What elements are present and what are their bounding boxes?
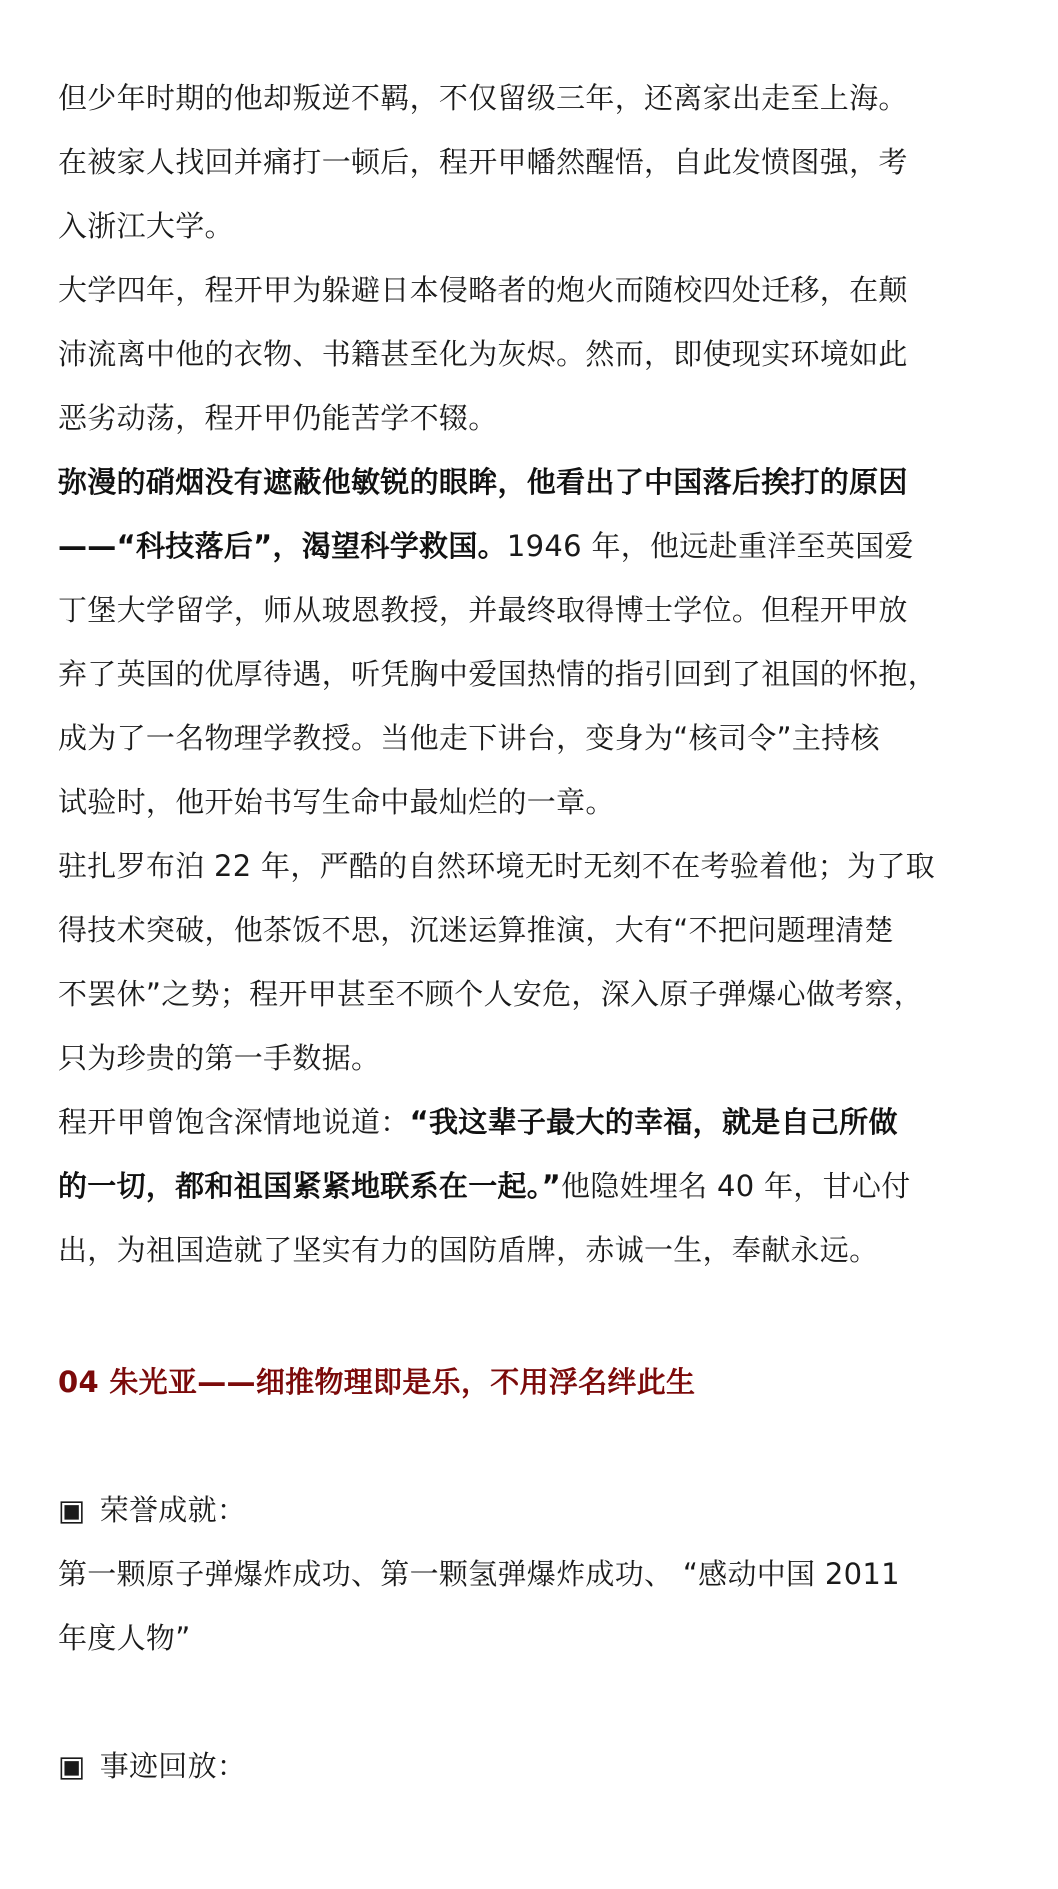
paragraph-line: 的一切，都和祖国紧紧地联系在一起。”他隐姓埋名 40 年，甘心付 xyxy=(58,1166,911,1206)
body-text: 试验时，他开始书写生命中最灿烂的一章。 xyxy=(58,785,615,819)
body-text: 出，为祖国造就了坚实有力的国防盾牌，赤诚一生，奉献永远。 xyxy=(58,1233,878,1267)
paragraph-line: 试验时，他开始书写生命中最灿烂的一章。 xyxy=(58,782,615,822)
body-text: 只为珍贵的第一手数据。 xyxy=(58,1041,380,1075)
body-text: 1946 年，他远赴重洋至英国爱 xyxy=(507,529,914,563)
paragraph-line: 大学四年，程开甲为躲避日本侵略者的炮火而随校四处迁移，在颠 xyxy=(58,270,908,310)
deeds-label-row: ▣事迹回放： xyxy=(58,1746,246,1786)
body-text: 他隐姓埋名 40 年，甘心付 xyxy=(561,1169,911,1203)
paragraph-line: 但少年时期的他却叛逆不羁，不仅留级三年，还离家出走至上海。 xyxy=(58,78,908,118)
bold-text: 弥漫的硝烟没有遮蔽他敏锐的眼眸，他看出了中国落后挨打的原因 xyxy=(58,465,908,499)
body-text: 入浙江大学。 xyxy=(58,209,234,243)
body-text: 程开甲曾饱含深情地说道： xyxy=(58,1105,410,1139)
paragraph-line: 丁堡大学留学，师从玻恩教授，并最终取得博士学位。但程开甲放 xyxy=(58,590,908,630)
honors-line: 年度人物” xyxy=(58,1618,191,1658)
square-bullet-icon: ▣ xyxy=(58,1490,86,1530)
paragraph-line: 驻扎罗布泊 22 年，严酷的自然环境无时无刻不在考验着他；为了取 xyxy=(58,846,935,886)
paragraph-line: 得技术突破，他茶饭不思，沉迷运算推演，大有“不把问题理清楚 xyxy=(58,910,894,950)
body-text: 成为了一名物理学教授。当他走下讲台，变身为“核司令”主持核 xyxy=(58,721,880,755)
paragraph-line: 成为了一名物理学教授。当他走下讲台，变身为“核司令”主持核 xyxy=(58,718,880,758)
body-text: 驻扎罗布泊 22 年，严酷的自然环境无时无刻不在考验着他；为了取 xyxy=(58,849,935,883)
section-heading: 04 朱光亚——细推物理即是乐，不用浮名绊此生 xyxy=(58,1362,695,1402)
paragraph-line: 弃了英国的优厚待遇，听凭胸中爱国热情的指引回到了祖国的怀抱， xyxy=(58,654,937,694)
bold-text: ——“科技落后”，渴望科学救国。 xyxy=(58,529,507,563)
paragraph-line: 在被家人找回并痛打一顿后，程开甲幡然醒悟，自此发愤图强，考 xyxy=(58,142,908,182)
paragraph-line: 只为珍贵的第一手数据。 xyxy=(58,1038,380,1078)
square-bullet-icon: ▣ xyxy=(58,1746,86,1786)
body-text: 恶劣动荡，程开甲仍能苦学不辍。 xyxy=(58,401,498,435)
paragraph-line: 出，为祖国造就了坚实有力的国防盾牌，赤诚一生，奉献永远。 xyxy=(58,1230,878,1270)
paragraph-line: 不罢休”之势；程开甲甚至不顾个人安危，深入原子弹爆心做考察， xyxy=(58,974,923,1014)
body-text: 但少年时期的他却叛逆不羁，不仅留级三年，还离家出走至上海。 xyxy=(58,81,908,115)
body-text: 不罢休”之势；程开甲甚至不顾个人安危，深入原子弹爆心做考察， xyxy=(58,977,923,1011)
paragraph-line: 恶劣动荡，程开甲仍能苦学不辍。 xyxy=(58,398,498,438)
body-text: 弃了英国的优厚待遇，听凭胸中爱国热情的指引回到了祖国的怀抱， xyxy=(58,657,937,691)
body-text: 丁堡大学留学，师从玻恩教授，并最终取得博士学位。但程开甲放 xyxy=(58,593,908,627)
paragraph-line: 入浙江大学。 xyxy=(58,206,234,246)
body-text: 得技术突破，他茶饭不思，沉迷运算推演，大有“不把问题理清楚 xyxy=(58,913,894,947)
deeds-label: 事迹回放： xyxy=(100,1749,247,1783)
honors-label: 荣誉成就： xyxy=(100,1493,247,1527)
quote-bold-text: 的一切，都和祖国紧紧地联系在一起。” xyxy=(58,1169,561,1203)
body-text: 大学四年，程开甲为躲避日本侵略者的炮火而随校四处迁移，在颠 xyxy=(58,273,908,307)
paragraph-line: 程开甲曾饱含深情地说道：“我这辈子最大的幸福，就是自己所做 xyxy=(58,1102,898,1142)
paragraph-line: ——“科技落后”，渴望科学救国。1946 年，他远赴重洋至英国爱 xyxy=(58,526,914,566)
quote-bold-text: “我这辈子最大的幸福，就是自己所做 xyxy=(410,1105,898,1139)
body-text: 在被家人找回并痛打一顿后，程开甲幡然醒悟，自此发愤图强，考 xyxy=(58,145,908,179)
honors-label-row: ▣荣誉成就： xyxy=(58,1490,246,1530)
paragraph-line: 弥漫的硝烟没有遮蔽他敏锐的眼眸，他看出了中国落后挨打的原因 xyxy=(58,462,908,502)
honors-line: 第一颗原子弹爆炸成功、第一颗氢弹爆炸成功、 “感动中国 2011 xyxy=(58,1554,900,1594)
paragraph-line: 沛流离中他的衣物、书籍甚至化为灰烬。然而，即使现实环境如此 xyxy=(58,334,908,374)
body-text: 沛流离中他的衣物、书籍甚至化为灰烬。然而，即使现实环境如此 xyxy=(58,337,908,371)
